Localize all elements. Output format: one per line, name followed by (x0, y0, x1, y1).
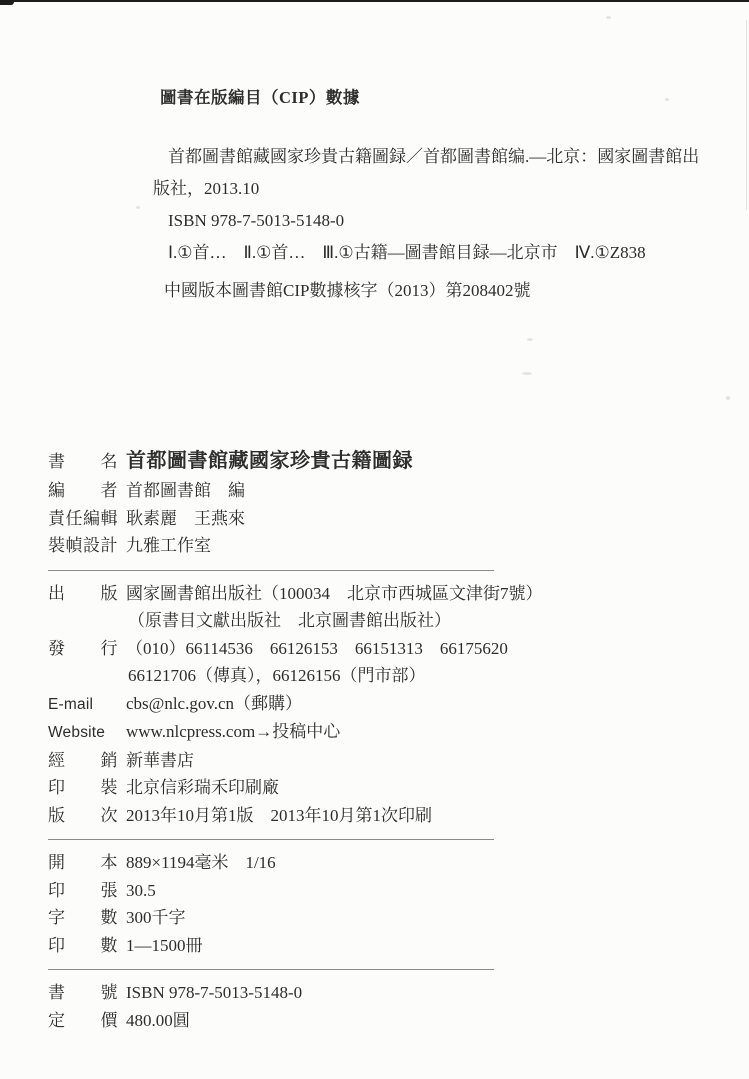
field-label-website: Website (48, 719, 126, 747)
edition-value: 2013年10月第1版 2013年10月第1次印刷 (126, 802, 494, 830)
field-label-printing: 印 裝 (48, 774, 126, 802)
colophon-row-printed-sheets: 印 張 30.5 (48, 877, 494, 905)
website-value: www.nlcpress.com→投稿中心 (126, 718, 494, 746)
book-title-value: 首都圖書館藏國家珍貴古籍圖録 (126, 446, 494, 477)
colophon-row-book-number: 書 號 ISBN 978-7-5013-5148-0 (48, 979, 494, 1007)
colophon-row-seller: 經 銷 新華書店 (48, 747, 494, 775)
colophon-row-email: E-mail cbs@nlc.gov.cn（郵購） (48, 690, 494, 719)
colophon-row-website: Website www.nlcpress.com→投稿中心 (48, 718, 494, 747)
scan-edge-right (746, 20, 747, 210)
print-run-value: 1—1500冊 (126, 932, 494, 960)
format-value: 889×1194毫米 1/16 (126, 849, 494, 877)
printed-sheets-value: 30.5 (126, 877, 494, 905)
distribution-phones-value: （010）66114536 66126153 66151313 66175620 (126, 635, 508, 663)
field-label-responsible-editor: 責任編輯 (48, 505, 126, 533)
word-count-value: 300千字 (126, 904, 494, 932)
price-value: 480.00圓 (126, 1007, 494, 1035)
colophon: 書 名 首都圖書館藏國家珍貴古籍圖録 編 者 首都圖書館 編 責任編輯 耿素麗 … (48, 446, 494, 1034)
field-label-format: 開 本 (48, 849, 126, 877)
colophon-row-printing: 印 裝 北京信彩瑞禾印刷廠 (48, 774, 494, 802)
divider-2 (48, 839, 494, 840)
field-label-book-number: 書 號 (48, 979, 126, 1007)
cip-entry-line2: 版社，2013.10 (153, 173, 725, 205)
colophon-row-distribution: 發 行 （010）66114536 66126153 66151313 6617… (48, 635, 494, 663)
divider-3 (48, 969, 494, 970)
binding-design-value: 九雅工作室 (126, 532, 494, 560)
colophon-row-format: 開 本 889×1194毫米 1/16 (48, 849, 494, 877)
colophon-row-edition: 版 次 2013年10月第1版 2013年10月第1次印刷 (48, 802, 494, 830)
field-label-seller: 經 銷 (48, 747, 126, 775)
responsible-editor-value: 耿素麗 王燕來 (126, 505, 494, 533)
cip-entry-line1: 首都圖書館藏國家珍貴古籍圖録／首都圖書館编.—北京：國家圖書館出 (153, 141, 725, 173)
cip-classification-line: Ⅰ.①首… Ⅱ.①首… Ⅲ.①古籍—圖書館目録—北京市 Ⅳ.①Z838 (153, 237, 725, 269)
publisher-value: 國家圖書館出版社（100034 北京市西城區文津街7號） (126, 580, 543, 608)
colophon-row-price: 定 價 480.00圓 (48, 1007, 494, 1035)
cip-isbn-line: ISBN 978-7-5013-5148-0 (153, 205, 725, 237)
cip-data-block: 首都圖書館藏國家珍貴古籍圖録／首都圖書館编.—北京：國家圖書館出 版社，2013… (153, 141, 725, 307)
cip-record-number-line: 中國版本圖書館CIP數據核字（2013）第208402號 (153, 275, 725, 307)
field-label-print-run: 印 數 (48, 932, 126, 960)
colophon-row-binding-design: 裝幀設計 九雅工作室 (48, 532, 494, 560)
colophon-row-book-title: 書 名 首都圖書館藏國家珍貴古籍圖録 (48, 446, 494, 477)
email-value: cbs@nlc.gov.cn（郵購） (126, 690, 494, 718)
colophon-row-publisher: 出 版 國家圖書館出版社（100034 北京市西城區文津街7號） (48, 580, 494, 608)
field-label-word-count: 字 數 (48, 904, 126, 932)
editor-value: 首都圖書館 編 (126, 477, 494, 505)
publisher-value-line2: （原書目文獻出版社 北京圖書館出版社） (128, 607, 494, 635)
divider-1 (48, 570, 494, 571)
scanned-copyright-page: { "colors": { "page": "#fcfcfa", "ink": … (0, 0, 749, 1079)
field-label-editor: 編 者 (48, 477, 126, 505)
field-label-printed-sheets: 印 張 (48, 877, 126, 905)
colophon-row-word-count: 字 數 300千字 (48, 904, 494, 932)
isbn-value: ISBN 978-7-5013-5148-0 (126, 979, 494, 1007)
scan-edge-corner (0, 0, 14, 5)
colophon-row-responsible-editor: 責任編輯 耿素麗 王燕來 (48, 505, 494, 533)
field-label-price: 定 價 (48, 1007, 126, 1035)
colophon-row-editor: 編 者 首都圖書館 編 (48, 477, 494, 505)
field-label-binding-design: 裝幀設計 (48, 532, 126, 560)
printing-house-value: 北京信彩瑞禾印刷廠 (126, 774, 494, 802)
colophon-row-print-run: 印 數 1—1500冊 (48, 932, 494, 960)
field-label-distribution: 發 行 (48, 635, 126, 663)
field-label-email: E-mail (48, 691, 126, 719)
distribution-phones-line2: 66121706（傳真），66126156（門市部） (128, 662, 494, 690)
field-label-edition: 版 次 (48, 802, 126, 830)
seller-value: 新華書店 (126, 747, 494, 775)
cip-heading: 圖書在版編目（CIP）數據 (160, 84, 360, 108)
field-label-book-title: 書 名 (48, 446, 126, 477)
scan-edge-top (0, 0, 749, 2)
field-label-publisher: 出 版 (48, 580, 126, 608)
